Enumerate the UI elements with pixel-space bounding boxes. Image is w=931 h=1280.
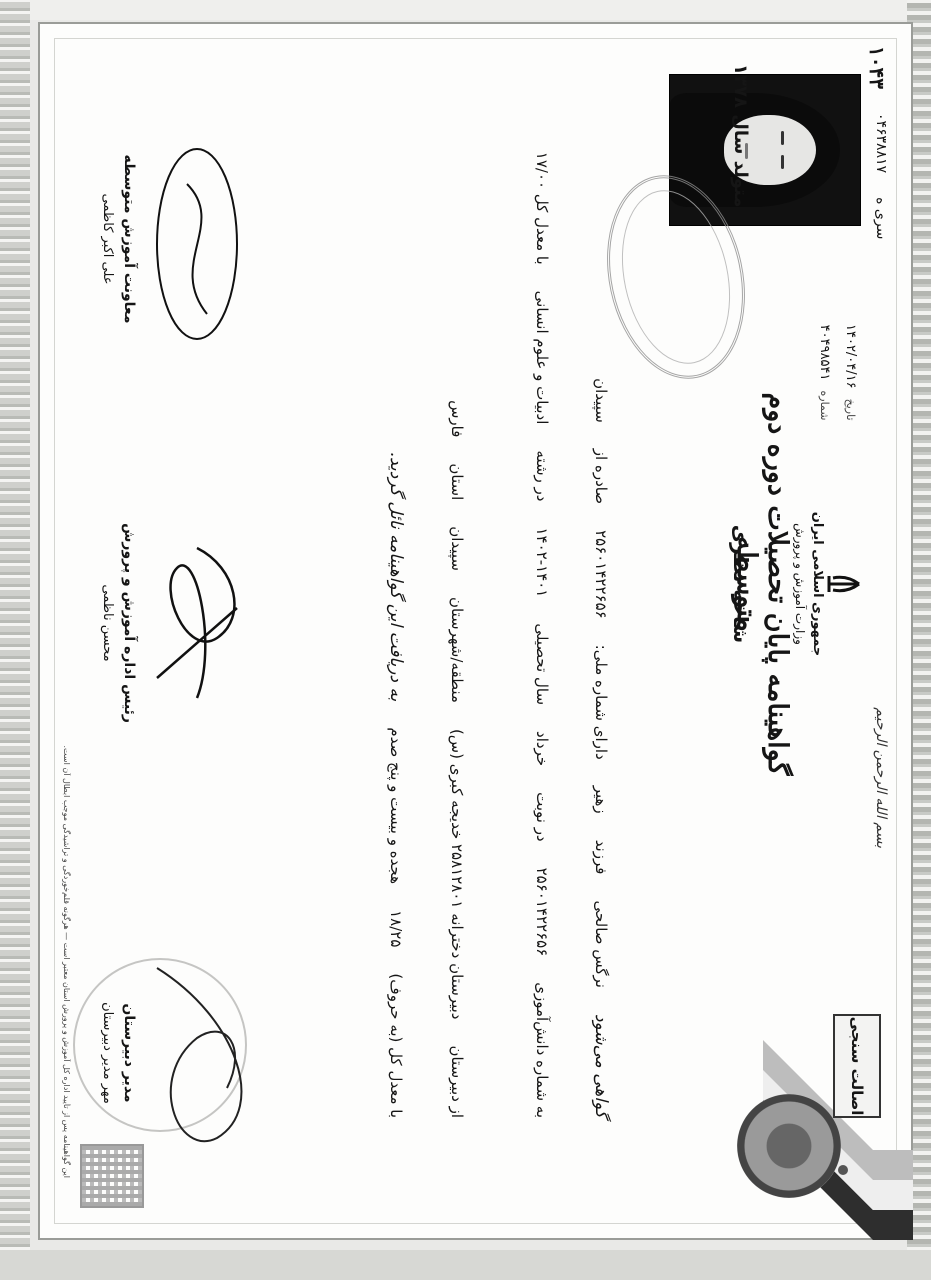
deputy-name: علی اکبر کاظمی bbox=[100, 124, 115, 354]
authenticity-stamp-box: اصالت سنجی bbox=[833, 1014, 881, 1118]
serial-number: ۰۴۶۳۸۸۱۷ bbox=[865, 113, 889, 173]
student-number-value: ۲۵۶۰۱۴۲۲۶۵۶ bbox=[533, 868, 551, 957]
award-statement: به دریافت این گواهینامه نائل گردید. bbox=[386, 452, 406, 702]
signature-deputy: معاونت آموزش متوسطه علی اکبر کاظمی bbox=[100, 124, 137, 354]
father-name: زهیر bbox=[592, 786, 610, 814]
exam-session-label: در نوبت bbox=[533, 792, 551, 842]
gpa-number: ۱۸/۲۵ bbox=[387, 910, 405, 947]
signature-principal: مدیر دبیرستان مهر مدیر دبیرستان bbox=[100, 938, 137, 1168]
body-row-4: با معدل کل (به حروف) ۱۸/۲۵ هجده و بیست و… bbox=[386, 94, 406, 1118]
issued-from-value: سپیدان bbox=[592, 378, 610, 423]
row1-intro: گواهی می‌شود bbox=[591, 1014, 611, 1118]
certificate-wrapper: بسم الله الرحمن الرحیم جمهوری اسلامی ایر… bbox=[38, 22, 913, 1240]
photo-eye-right bbox=[781, 155, 784, 169]
date-value: ۱۴۰۲/۰۴/۱۶ bbox=[837, 324, 863, 389]
gpa-text: با معدل کل ۱۷/۰۰ bbox=[533, 152, 551, 265]
district-value: سپیدان bbox=[448, 526, 466, 571]
director-title: رئیس اداره آموزش و پرورش bbox=[121, 508, 137, 738]
number-label: شماره bbox=[811, 391, 837, 421]
principal-signature-icon bbox=[137, 958, 257, 1158]
school-name: دبیرستان دخترانه ۲۵۸۱۲۸۰۱ خدیجه کبری (س) bbox=[448, 729, 466, 1020]
director-signature-icon bbox=[137, 528, 257, 728]
issued-from-label: صادره از bbox=[592, 449, 610, 504]
birth-year-value: ۱۳۷۸ bbox=[730, 64, 751, 108]
student-number-label: به شماره دانش‌آموزی bbox=[533, 982, 551, 1118]
province-label: استان bbox=[448, 463, 466, 500]
province-value: فارس bbox=[448, 400, 466, 437]
certificate-branch: شاخه نظری bbox=[729, 494, 753, 674]
school-year-value: ۱۴۰۲-۱۴۰۱ bbox=[533, 527, 551, 597]
signature-director: رئیس اداره آموزش و پرورش محسن ناظمی bbox=[100, 508, 137, 738]
number-value: ۴۰۴۹۸۵۴۱ bbox=[811, 325, 837, 381]
scan-edge-left bbox=[0, 0, 30, 1280]
gpa-words: هجده و بیست و پنج صدم bbox=[387, 727, 405, 884]
reference-block: تاریخ ۱۴۰۲/۰۴/۱۶ شماره ۴۰۴۹۸۵۴۱ bbox=[811, 324, 863, 421]
certificate-page: بسم الله الرحمن الرحیم جمهوری اسلامی ایر… bbox=[38, 22, 913, 1240]
birth-year: متولد سال ۱۳۷۸ bbox=[730, 64, 751, 208]
gpa-words-label: با معدل کل (به حروف) bbox=[387, 973, 405, 1118]
exam-session-value: خرداد bbox=[533, 731, 551, 766]
serial-series: سری ه bbox=[865, 197, 889, 239]
body-row-2: به شماره دانش‌آموزی ۲۵۶۰۱۴۲۲۶۵۶ در نوبت … bbox=[533, 94, 551, 1118]
iran-emblem-icon bbox=[823, 564, 863, 604]
serial-block: ۱۰۴۳ ۰۴۶۳۸۸۱۷ سری ه bbox=[865, 46, 889, 239]
field-value: ادبیات و علوم انسانی bbox=[533, 291, 551, 425]
body-row-3: از دبیرستان دبیرستان دخترانه ۲۵۸۱۲۸۰۱ خد… bbox=[448, 94, 466, 1118]
official-seal bbox=[737, 1094, 841, 1198]
school-year-label: سال تحصیلی bbox=[533, 623, 551, 705]
footnote: این گواهینامه پس از تأیید اداره کل آموزش… bbox=[62, 84, 71, 1178]
basmala-text: بسم الله الرحمن الرحیم bbox=[873, 707, 889, 848]
birth-year-label: متولد سال bbox=[730, 114, 751, 207]
district-label: منطقه/شهرستان bbox=[448, 597, 466, 703]
student-name: نرگس صالحی bbox=[592, 900, 610, 988]
director-name: محسن ناظمی bbox=[100, 508, 115, 738]
qr-code-icon bbox=[80, 1144, 144, 1208]
row1-child-of-label: فرزند bbox=[592, 840, 610, 875]
deputy-signature-icon bbox=[137, 144, 257, 344]
date-label: تاریخ bbox=[837, 399, 863, 421]
country-name: جمهوری اسلامی ایران bbox=[810, 494, 825, 674]
national-id-label: دارای شماره ملی: bbox=[592, 645, 610, 760]
body-row-1: گواهی می‌شود نرگس صالحی فرزند زهیر دارای… bbox=[591, 94, 611, 1118]
scan-edge-bottom bbox=[0, 1250, 931, 1280]
deputy-title: معاونت آموزش متوسطه bbox=[121, 124, 137, 354]
school-label: از دبیرستان bbox=[448, 1045, 466, 1118]
scan-edge-top bbox=[0, 0, 931, 20]
field-label: در رشته bbox=[533, 450, 551, 501]
national-id-value: ۲۵۶۰۱۴۲۲۶۵۶ bbox=[592, 530, 610, 619]
serial-code: ۱۰۴۳ bbox=[865, 46, 889, 89]
ministry-name: وزارت آموزش و پرورش bbox=[793, 494, 807, 674]
photo-eye-left bbox=[781, 131, 784, 145]
